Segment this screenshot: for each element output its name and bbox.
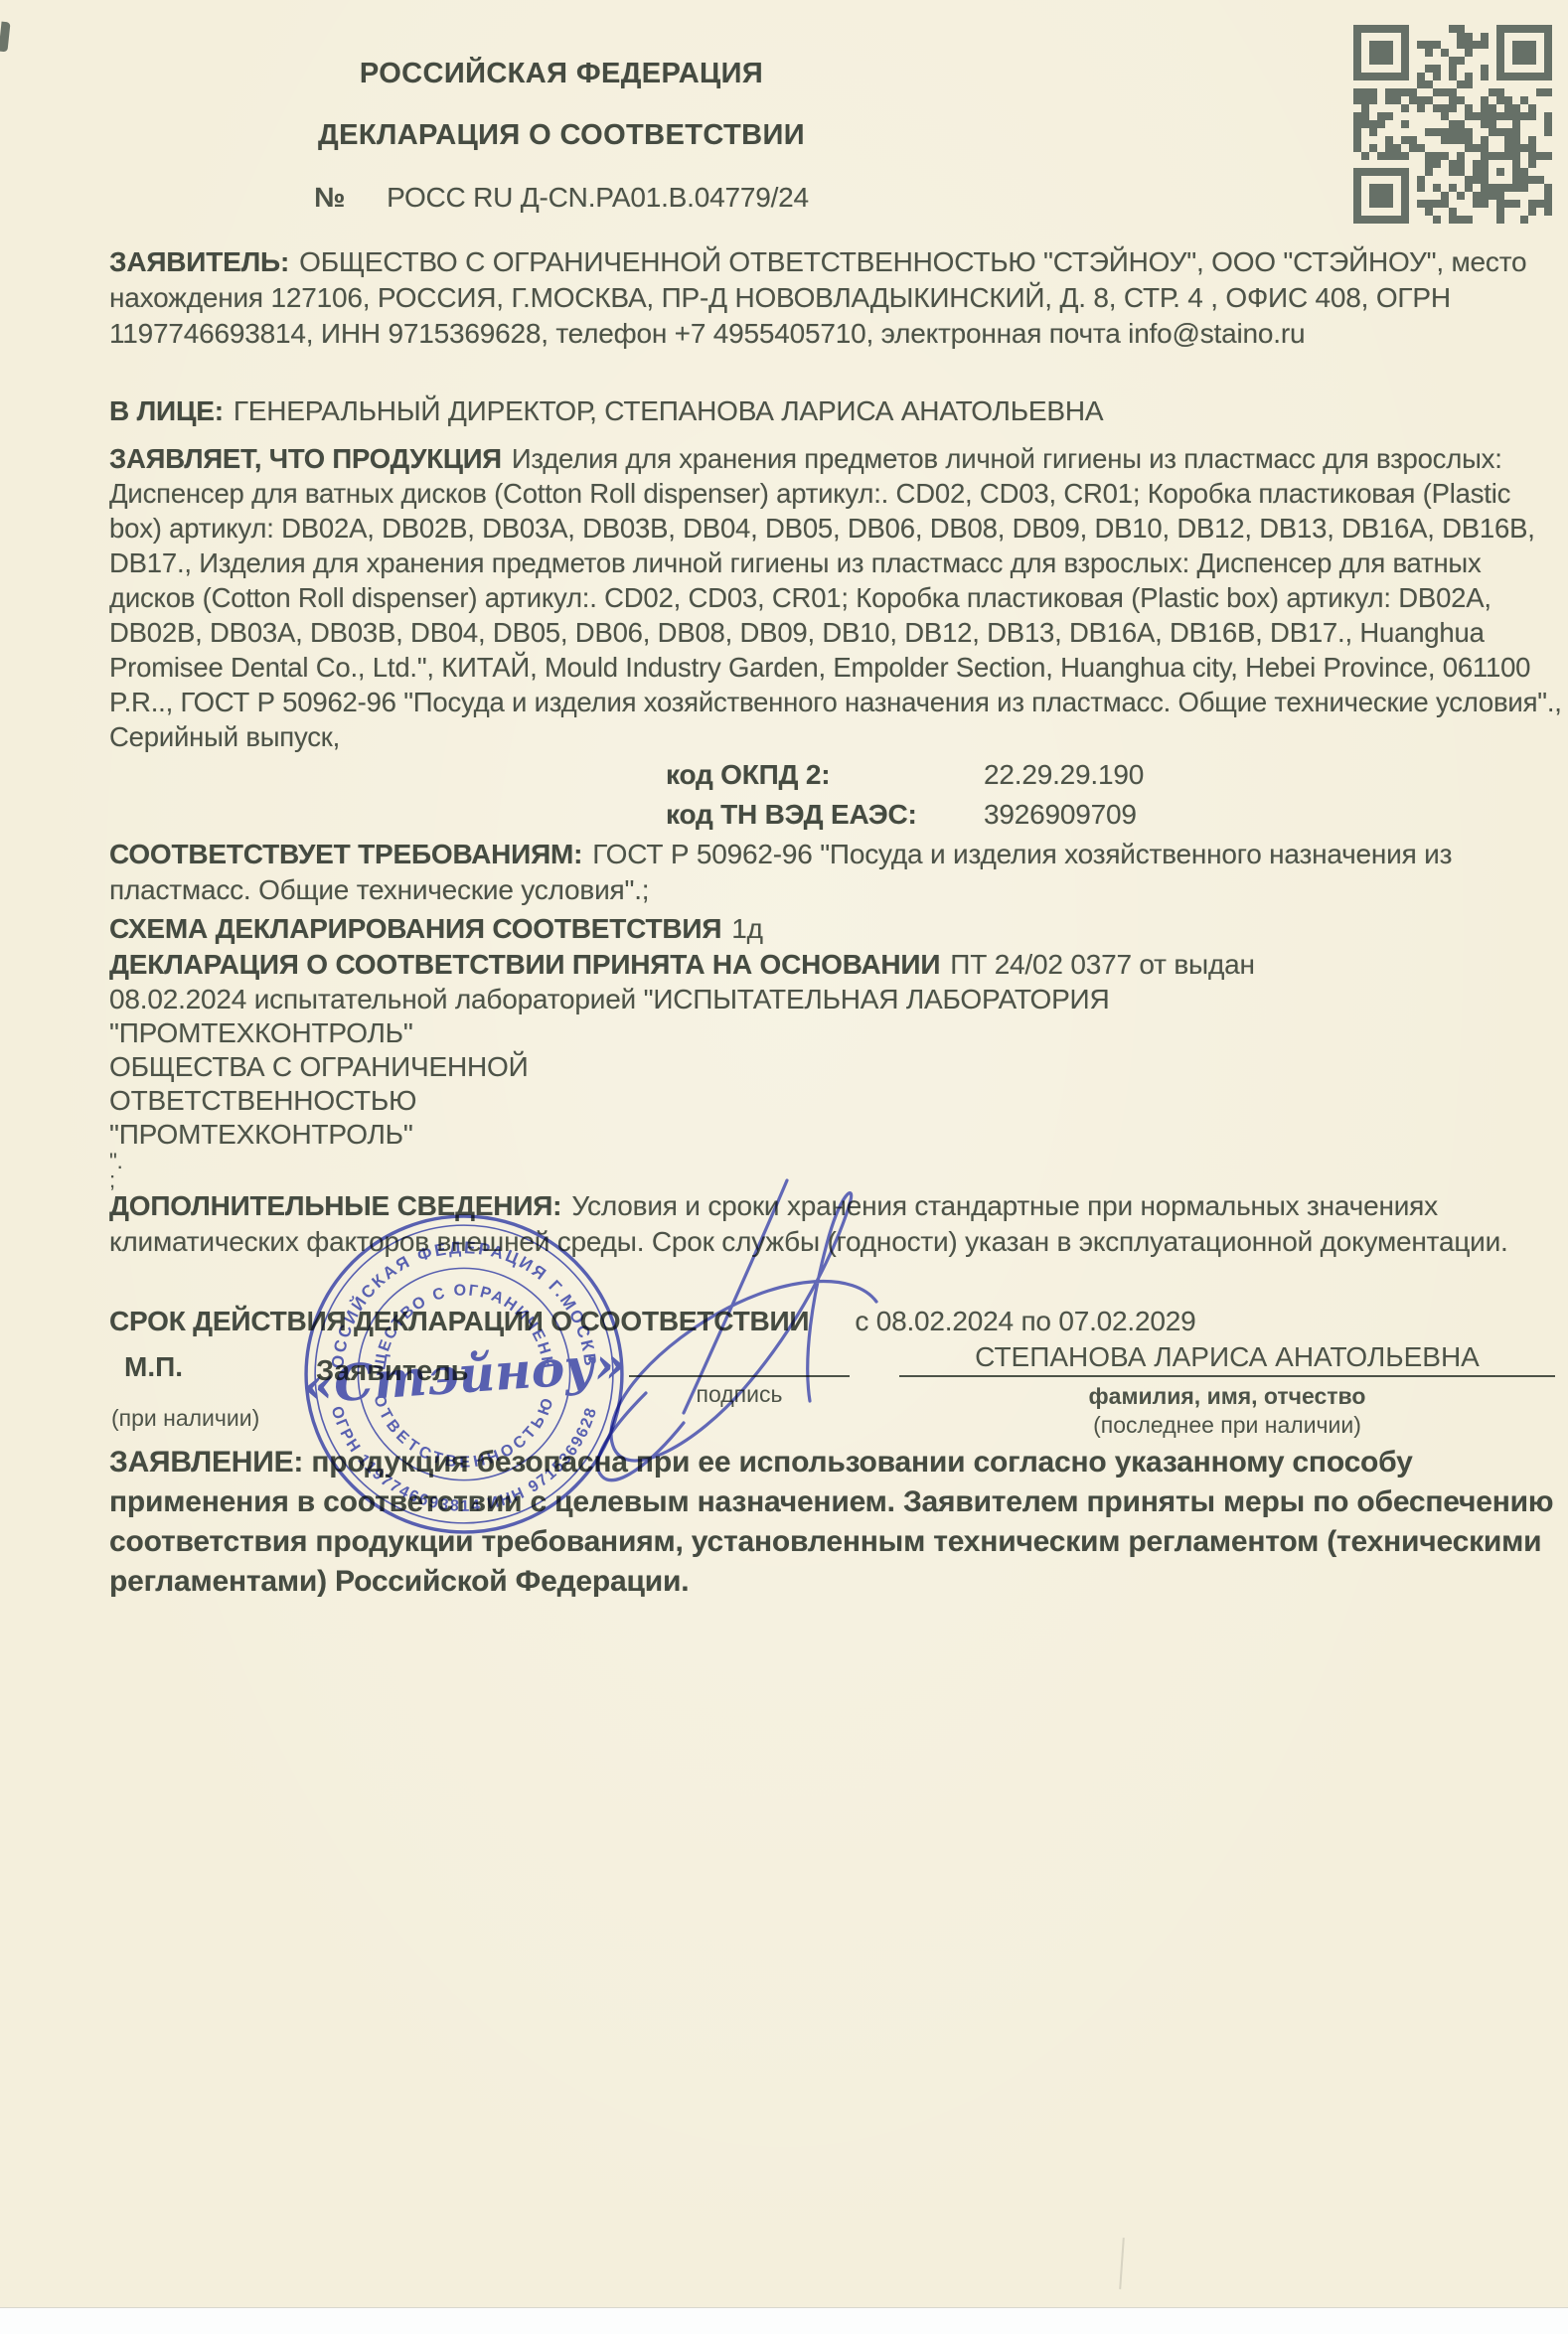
- scheme-value: 1д: [731, 913, 763, 944]
- signature-stroke: [598, 1393, 684, 1480]
- statement-label: ЗАЯВЛЕНИЕ:: [109, 1446, 303, 1478]
- basis-label: ДЕКЛАРАЦИЯ О СООТВЕТСТВИИ ПРИНЯТА НА ОСН…: [109, 949, 940, 980]
- registration-number: РОСС RU Д-CN.РА01.В.04779/24: [387, 182, 809, 213]
- in-person-label: В ЛИЦЕ:: [109, 395, 224, 426]
- stamp-place-note: (при наличии): [111, 1405, 259, 1431]
- scan-scratch: [1119, 2238, 1125, 2289]
- conformity-paragraph: СООТВЕТСТВУЕТ ТРЕБОВАНИЯМ:ГОСТ Р 50962-9…: [109, 837, 1562, 908]
- declarant-name: СТЕПАНОВА ЛАРИСА АНАТОЛЬЕВНА: [899, 1341, 1555, 1373]
- basis-line: "ПРОМТЕХКОНТРОЛЬ": [109, 1016, 1562, 1050]
- product-paragraph: ЗАЯВЛЯЕТ, ЧТО ПРОДУКЦИЯИзделия для хране…: [109, 441, 1562, 754]
- basis-line: "ПРОМТЕХКОНТРОЛЬ": [109, 1118, 1562, 1152]
- signature-stroke: [684, 1180, 787, 1413]
- basis-block: ДЕКЛАРАЦИЯ О СООТВЕТСТВИИ ПРИНЯТА НА ОСН…: [109, 947, 1562, 1189]
- declaration-document-page: РОССИЙСКАЯ ФЕДЕРАЦИЯ ДЕКЛАРАЦИЯ О СООТВЕ…: [0, 0, 1568, 2334]
- name-caption: фамилия, имя, отчество: [899, 1383, 1555, 1409]
- basis-line: ОТВЕТСТВЕННОСТЬЮ: [109, 1084, 1562, 1118]
- applicant-label: ЗАЯВИТЕЛЬ:: [109, 246, 289, 277]
- number-sign: №: [314, 182, 345, 213]
- page-title-country: РОССИЙСКАЯ ФЕДЕРАЦИЯ: [109, 56, 1014, 91]
- in-person-line: В ЛИЦЕ:ГЕНЕРАЛЬНЫЙ ДИРЕКТОР, СТЕПАНОВА Л…: [109, 393, 1562, 429]
- codes-block: код ОКПД 2:22.29.29.190 код ТН ВЭД ЕАЭС:…: [109, 755, 1562, 835]
- basis-intro: ПТ 24/02 0377 от выдан: [950, 949, 1254, 980]
- qr-code: [1353, 25, 1552, 224]
- registration-number-line: №РОСС RU Д-CN.РА01.В.04779/24: [109, 180, 1014, 216]
- page-title-document: ДЕКЛАРАЦИЯ О СООТВЕТСТВИИ: [109, 117, 1014, 153]
- handwritten-signature: [556, 1163, 914, 1500]
- scheme-label: СХЕМА ДЕКЛАРИРОВАНИЯ СООТВЕТСТВИЯ: [109, 913, 721, 944]
- name-rule: [899, 1375, 1555, 1377]
- applicant-text: ОБЩЕСТВО С ОГРАНИЧЕННОЙ ОТВЕТСТВЕННОСТЬЮ…: [109, 246, 1526, 349]
- tnved-value: 3926909709: [984, 799, 1137, 830]
- conformity-label: СООТВЕТСТВУЕТ ТРЕБОВАНИЯМ:: [109, 839, 582, 869]
- stamp-place-label: М.П.: [124, 1351, 183, 1383]
- tnved-label: код ТН ВЭД ЕАЭС:: [666, 795, 984, 835]
- scan-bottom-edge: [0, 2307, 1568, 2334]
- okpd-value: 22.29.29.190: [984, 759, 1144, 790]
- okpd-label: код ОКПД 2:: [666, 755, 984, 795]
- scheme-line: СХЕМА ДЕКЛАРИРОВАНИЯ СООТВЕТСТВИЯ1д: [109, 911, 1562, 947]
- name-caption-2: (последнее при наличии): [899, 1412, 1555, 1438]
- okpd-code-row: код ОКПД 2:22.29.29.190: [666, 755, 1562, 795]
- scan-edge-mark: [0, 22, 11, 53]
- basis-line: 08.02.2024 испытательной лабораторией "И…: [109, 983, 1562, 1016]
- product-text: Изделия для хранения предметов личной ги…: [109, 443, 1562, 752]
- basis-intro-line: ДЕКЛАРАЦИЯ О СООТВЕТСТВИИ ПРИНЯТА НА ОСН…: [109, 947, 1562, 983]
- tnved-code-row: код ТН ВЭД ЕАЭС:3926909709: [666, 795, 1562, 835]
- in-person-text: ГЕНЕРАЛЬНЫЙ ДИРЕКТОР, СТЕПАНОВА ЛАРИСА А…: [234, 395, 1104, 426]
- applicant-paragraph: ЗАЯВИТЕЛЬ:ОБЩЕСТВО С ОГРАНИЧЕННОЙ ОТВЕТС…: [109, 244, 1562, 352]
- product-label: ЗАЯВЛЯЕТ, ЧТО ПРОДУКЦИЯ: [109, 443, 502, 474]
- basis-line: ОБЩЕСТВА С ОГРАНИЧЕННОЙ: [109, 1050, 1562, 1084]
- signature-stroke: [611, 1193, 876, 1461]
